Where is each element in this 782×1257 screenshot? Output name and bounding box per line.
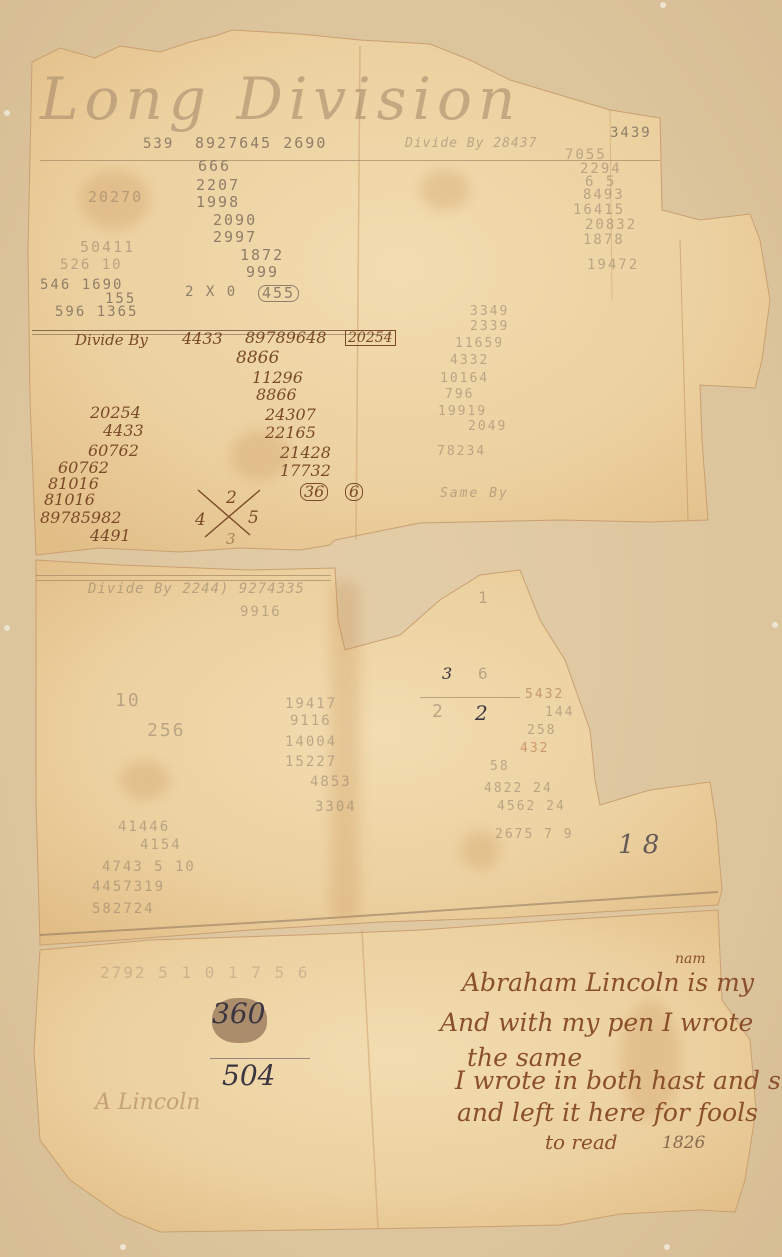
scratch-number: 58 bbox=[490, 760, 510, 773]
step: 2090 bbox=[213, 213, 257, 228]
scratch-number: 11659 bbox=[455, 337, 504, 350]
scratch-number: 4822 24 bbox=[484, 782, 553, 795]
verse-line: and left it here for fools bbox=[457, 1100, 758, 1125]
step: 1878 bbox=[583, 233, 625, 247]
scratch-number: 432 bbox=[520, 742, 549, 755]
remainder: 6 bbox=[345, 483, 363, 501]
side-work: 50411 bbox=[80, 240, 135, 255]
dividend: 89789648 bbox=[245, 330, 326, 346]
scratch-mark: 2 bbox=[475, 703, 488, 723]
check-mark: 2 X 0 bbox=[185, 285, 237, 299]
side-work: 526 10 bbox=[60, 258, 123, 272]
scratch-number: 3349 bbox=[470, 305, 509, 318]
stain bbox=[420, 170, 470, 210]
verse-year: 1826 bbox=[662, 1135, 705, 1152]
step: 2207 bbox=[196, 178, 240, 193]
verse-line: to read bbox=[545, 1132, 618, 1152]
scratch-label: Same By bbox=[440, 487, 509, 500]
scratch-mark: 2 bbox=[432, 703, 445, 721]
scratch-number: 2049 bbox=[468, 420, 507, 433]
step: 10 bbox=[115, 692, 141, 710]
scratch-mark: 6 bbox=[478, 666, 490, 682]
dividend: 8927645 2690 bbox=[195, 136, 327, 151]
scratch-number: 5432 bbox=[525, 688, 564, 701]
step: 9916 bbox=[240, 605, 282, 619]
stain bbox=[330, 580, 360, 920]
ruled-line bbox=[36, 575, 331, 576]
verse-line: Abraham Lincoln is my bbox=[462, 970, 754, 995]
cross-check-left: 4 bbox=[195, 512, 206, 529]
step: 4743 5 10 bbox=[102, 860, 196, 874]
step: 19472 bbox=[587, 258, 639, 272]
scratch-number: 144 bbox=[545, 706, 574, 719]
scratch-number: 2675 7 9 bbox=[495, 828, 574, 841]
step: 9116 bbox=[290, 714, 332, 728]
step: 2997 bbox=[213, 230, 257, 245]
dark-mark: 1 8 bbox=[618, 832, 659, 858]
step: 19417 bbox=[285, 697, 337, 711]
ruled-line bbox=[420, 697, 520, 698]
check-line: 20254 bbox=[90, 405, 141, 421]
verse-line: I wrote in both hast and speed bbox=[455, 1068, 782, 1093]
scratch-number: 258 bbox=[527, 724, 556, 737]
scratch-mark: 3 bbox=[442, 666, 452, 682]
quotient: 20254 bbox=[345, 330, 396, 346]
step: 1872 bbox=[240, 248, 284, 263]
scratch-number: 10164 bbox=[440, 372, 489, 385]
verse-superscript: nam bbox=[675, 952, 706, 966]
cross-check-top: 2 bbox=[226, 490, 237, 507]
document-title: Long Division bbox=[40, 70, 521, 128]
step: 999 bbox=[246, 265, 279, 280]
step: 256 bbox=[147, 722, 186, 740]
step: 41446 bbox=[118, 820, 170, 834]
step: 21428 bbox=[280, 445, 331, 461]
cross-check-bottom: 3 bbox=[226, 532, 236, 547]
step: 20832 bbox=[585, 218, 637, 232]
dividend: 3439 bbox=[610, 126, 652, 140]
faint-numbers: 2792 5 1 0 1 7 5 6 bbox=[100, 965, 309, 981]
step: 4154 bbox=[140, 838, 182, 852]
step: 11296 bbox=[252, 370, 303, 386]
step: 4457319 bbox=[92, 880, 165, 894]
scratch-number: 796 bbox=[445, 388, 474, 401]
step: 8493 bbox=[583, 188, 625, 202]
step: 36 bbox=[300, 483, 328, 501]
step: 14004 bbox=[285, 735, 337, 749]
side-work: 20270 bbox=[88, 190, 143, 205]
step: 8866 bbox=[256, 387, 297, 403]
check-line: 89785982 bbox=[40, 510, 121, 526]
remainder: 455 bbox=[258, 285, 299, 302]
verse-line: And with my pen I wrote bbox=[440, 1010, 753, 1035]
check-line: 81016 bbox=[44, 492, 95, 508]
scratch-number: 2339 bbox=[470, 320, 509, 333]
cross-check-right: 5 bbox=[248, 510, 259, 527]
check-line: 4433 bbox=[103, 423, 144, 439]
check-line: 60762 bbox=[88, 443, 139, 459]
scratch-number: 78234 bbox=[437, 445, 486, 458]
step: 666 bbox=[198, 159, 231, 174]
problem-label: Divide By 28437 bbox=[405, 137, 537, 150]
dark-number: 360 bbox=[212, 1000, 265, 1028]
step: 15227 bbox=[285, 755, 337, 769]
problem-label: Divide By 2244) 9274335 bbox=[88, 582, 305, 596]
step: 8866 bbox=[236, 350, 279, 367]
scratch-mark: 1 bbox=[478, 590, 490, 606]
step: 1998 bbox=[196, 195, 240, 210]
scratch-number: 4332 bbox=[450, 354, 489, 367]
step: 582724 bbox=[92, 902, 155, 916]
divisor: 539 bbox=[143, 137, 174, 151]
step: 4853 bbox=[310, 775, 352, 789]
step: 17732 bbox=[280, 463, 331, 479]
side-work: 596 1365 bbox=[55, 305, 138, 319]
step: 16415 bbox=[573, 203, 625, 217]
step: 22165 bbox=[265, 425, 316, 441]
step: 24307 bbox=[265, 407, 316, 423]
faint-signature: A Lincoln bbox=[95, 1092, 200, 1114]
scratch-number: 19919 bbox=[438, 405, 487, 418]
side-work: 546 1690 bbox=[40, 278, 123, 292]
stain bbox=[460, 830, 500, 870]
stain bbox=[120, 760, 170, 800]
dark-number: 504 bbox=[222, 1062, 275, 1090]
step: 3304 bbox=[315, 800, 357, 814]
problem-label: Divide By bbox=[75, 333, 148, 348]
check-line: 4491 bbox=[90, 528, 131, 544]
scratch-number: 4562 24 bbox=[497, 800, 566, 813]
step: 7055 bbox=[565, 148, 607, 162]
divisor: 4433 bbox=[182, 331, 223, 347]
